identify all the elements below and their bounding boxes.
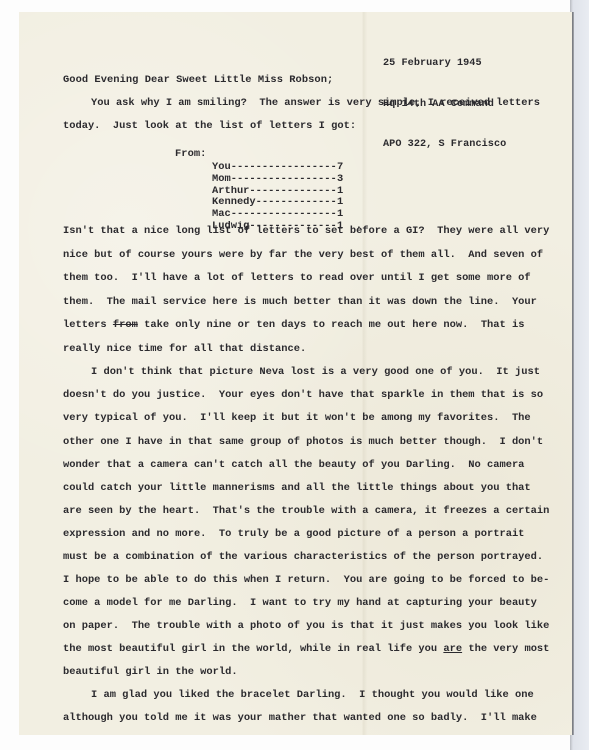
tally-count: 3 [337, 174, 357, 186]
body-line: You ask why I am smiling? The answer is … [63, 97, 540, 109]
salutation: Good Evening Dear Sweet Little Miss Robs… [63, 74, 333, 86]
body-line: doesn't do you justice. Your eyes don't … [63, 389, 543, 401]
tally-name: Kennedy------------------------------ [212, 197, 337, 209]
body-line: expression and no more. To truly be a go… [63, 528, 524, 540]
scanned-letter-page: 25 February 1945 Hq 14th AA Command APO … [0, 0, 589, 750]
body-line: although you told me it was your mather … [63, 712, 537, 724]
tally-row: Mac------------------------------ 1 [212, 209, 357, 221]
body-line: could catch your little mannerisms and a… [63, 482, 531, 494]
tally-row: You------------------------------ 7 [212, 162, 357, 174]
body-line: letters from take only nine or ten days … [63, 319, 524, 331]
body-line: them too. I'll have a lot of letters to … [63, 272, 531, 284]
body-line: are seen by the heart. That's the troubl… [63, 505, 549, 517]
letter-date: 25 February 1945 [383, 57, 506, 71]
tally-name: Mac------------------------------ [212, 209, 337, 221]
letter-tally-list: You------------------------------ 7 Mom-… [212, 162, 357, 233]
body-line: nice but of course yours were by far the… [63, 249, 543, 261]
body-line: today. Just look at the list of letters … [63, 120, 356, 132]
tally-row: Mom------------------------------ 3 [212, 174, 357, 186]
body-line: I don't think that picture Neva lost is … [63, 366, 540, 378]
body-line: beautiful girl in the world. [63, 666, 238, 678]
body-line: wonder that a camera can't catch all the… [63, 459, 524, 471]
tally-row: Arthur------------------------------ 1 [212, 186, 357, 198]
body-line: I hope to be able to do this when I retu… [63, 574, 549, 586]
body-line: Isn't that a nice long list of letters t… [63, 225, 549, 237]
body-line: really nice time for all that distance. [63, 343, 306, 355]
body-line: them. The mail service here is much bett… [63, 296, 537, 308]
scanner-backdrop [570, 0, 589, 750]
tally-row: Kennedy------------------------------ 1 [212, 197, 357, 209]
tally-name: Mom------------------------------ [212, 174, 337, 186]
body-line: other one I have in that same group of p… [63, 436, 543, 448]
tally-name: Arthur------------------------------ [212, 186, 337, 198]
body-line: come a model for me Darling. I want to t… [63, 597, 537, 609]
struck-word: from [113, 319, 138, 331]
body-line: on paper. The trouble with a photo of yo… [63, 620, 549, 632]
tally-label: From: [175, 148, 206, 160]
underlined-word: are [443, 643, 462, 655]
letter-address: APO 322, S Francisco [383, 138, 506, 152]
body-line: I am glad you liked the bracelet Darling… [63, 689, 534, 701]
tally-name: You------------------------------ [212, 162, 337, 174]
body-line: must be a combination of the various cha… [63, 551, 543, 563]
body-line: very typical of you. I'll keep it but it… [63, 412, 531, 424]
body-line: the most beautiful girl in the world, wh… [63, 643, 549, 655]
